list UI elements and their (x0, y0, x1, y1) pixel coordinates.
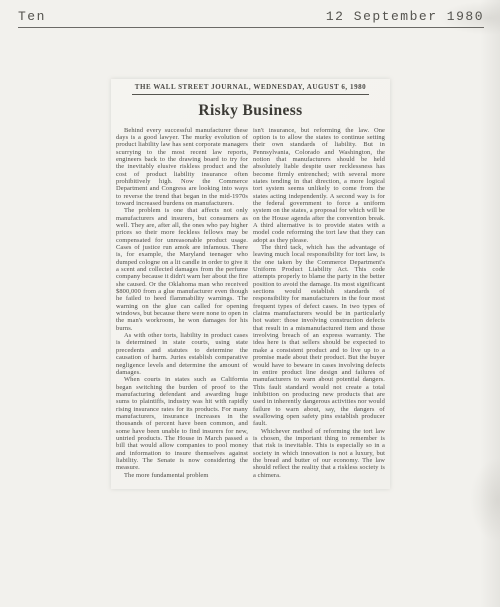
article-column-right: isn't insurance, but reforming the law. … (253, 127, 385, 480)
article-paragraph: The more fundamental problem (116, 472, 248, 479)
page-header: Ten 12 September 1980 (18, 9, 484, 28)
article-paragraph: When courts in states such as California… (116, 376, 248, 471)
article-paragraph: The third tack, which has the advantage … (253, 244, 385, 428)
article-paragraph: As with other torts, liability in produc… (116, 332, 248, 376)
page-date: 12 September 1980 (326, 9, 484, 24)
article-paragraph: isn't insurance, but reforming the law. … (253, 127, 385, 245)
article-paragraph: Behind every successful manufacturer the… (116, 127, 248, 208)
article-headline: Risky Business (114, 102, 387, 120)
article-body: Behind every successful manufacturer the… (114, 127, 387, 480)
page-number: Ten (18, 9, 46, 24)
article-column-left: Behind every successful manufacturer the… (116, 127, 248, 480)
article-paragraph: The problem is one that affects not only… (116, 207, 248, 332)
article-paragraph: Whichever method of reforming the tort l… (253, 428, 385, 479)
newspaper-masthead: THE WALL STREET JOURNAL, WEDNESDAY, AUGU… (132, 83, 369, 95)
news-clipping: THE WALL STREET JOURNAL, WEDNESDAY, AUGU… (111, 79, 390, 489)
